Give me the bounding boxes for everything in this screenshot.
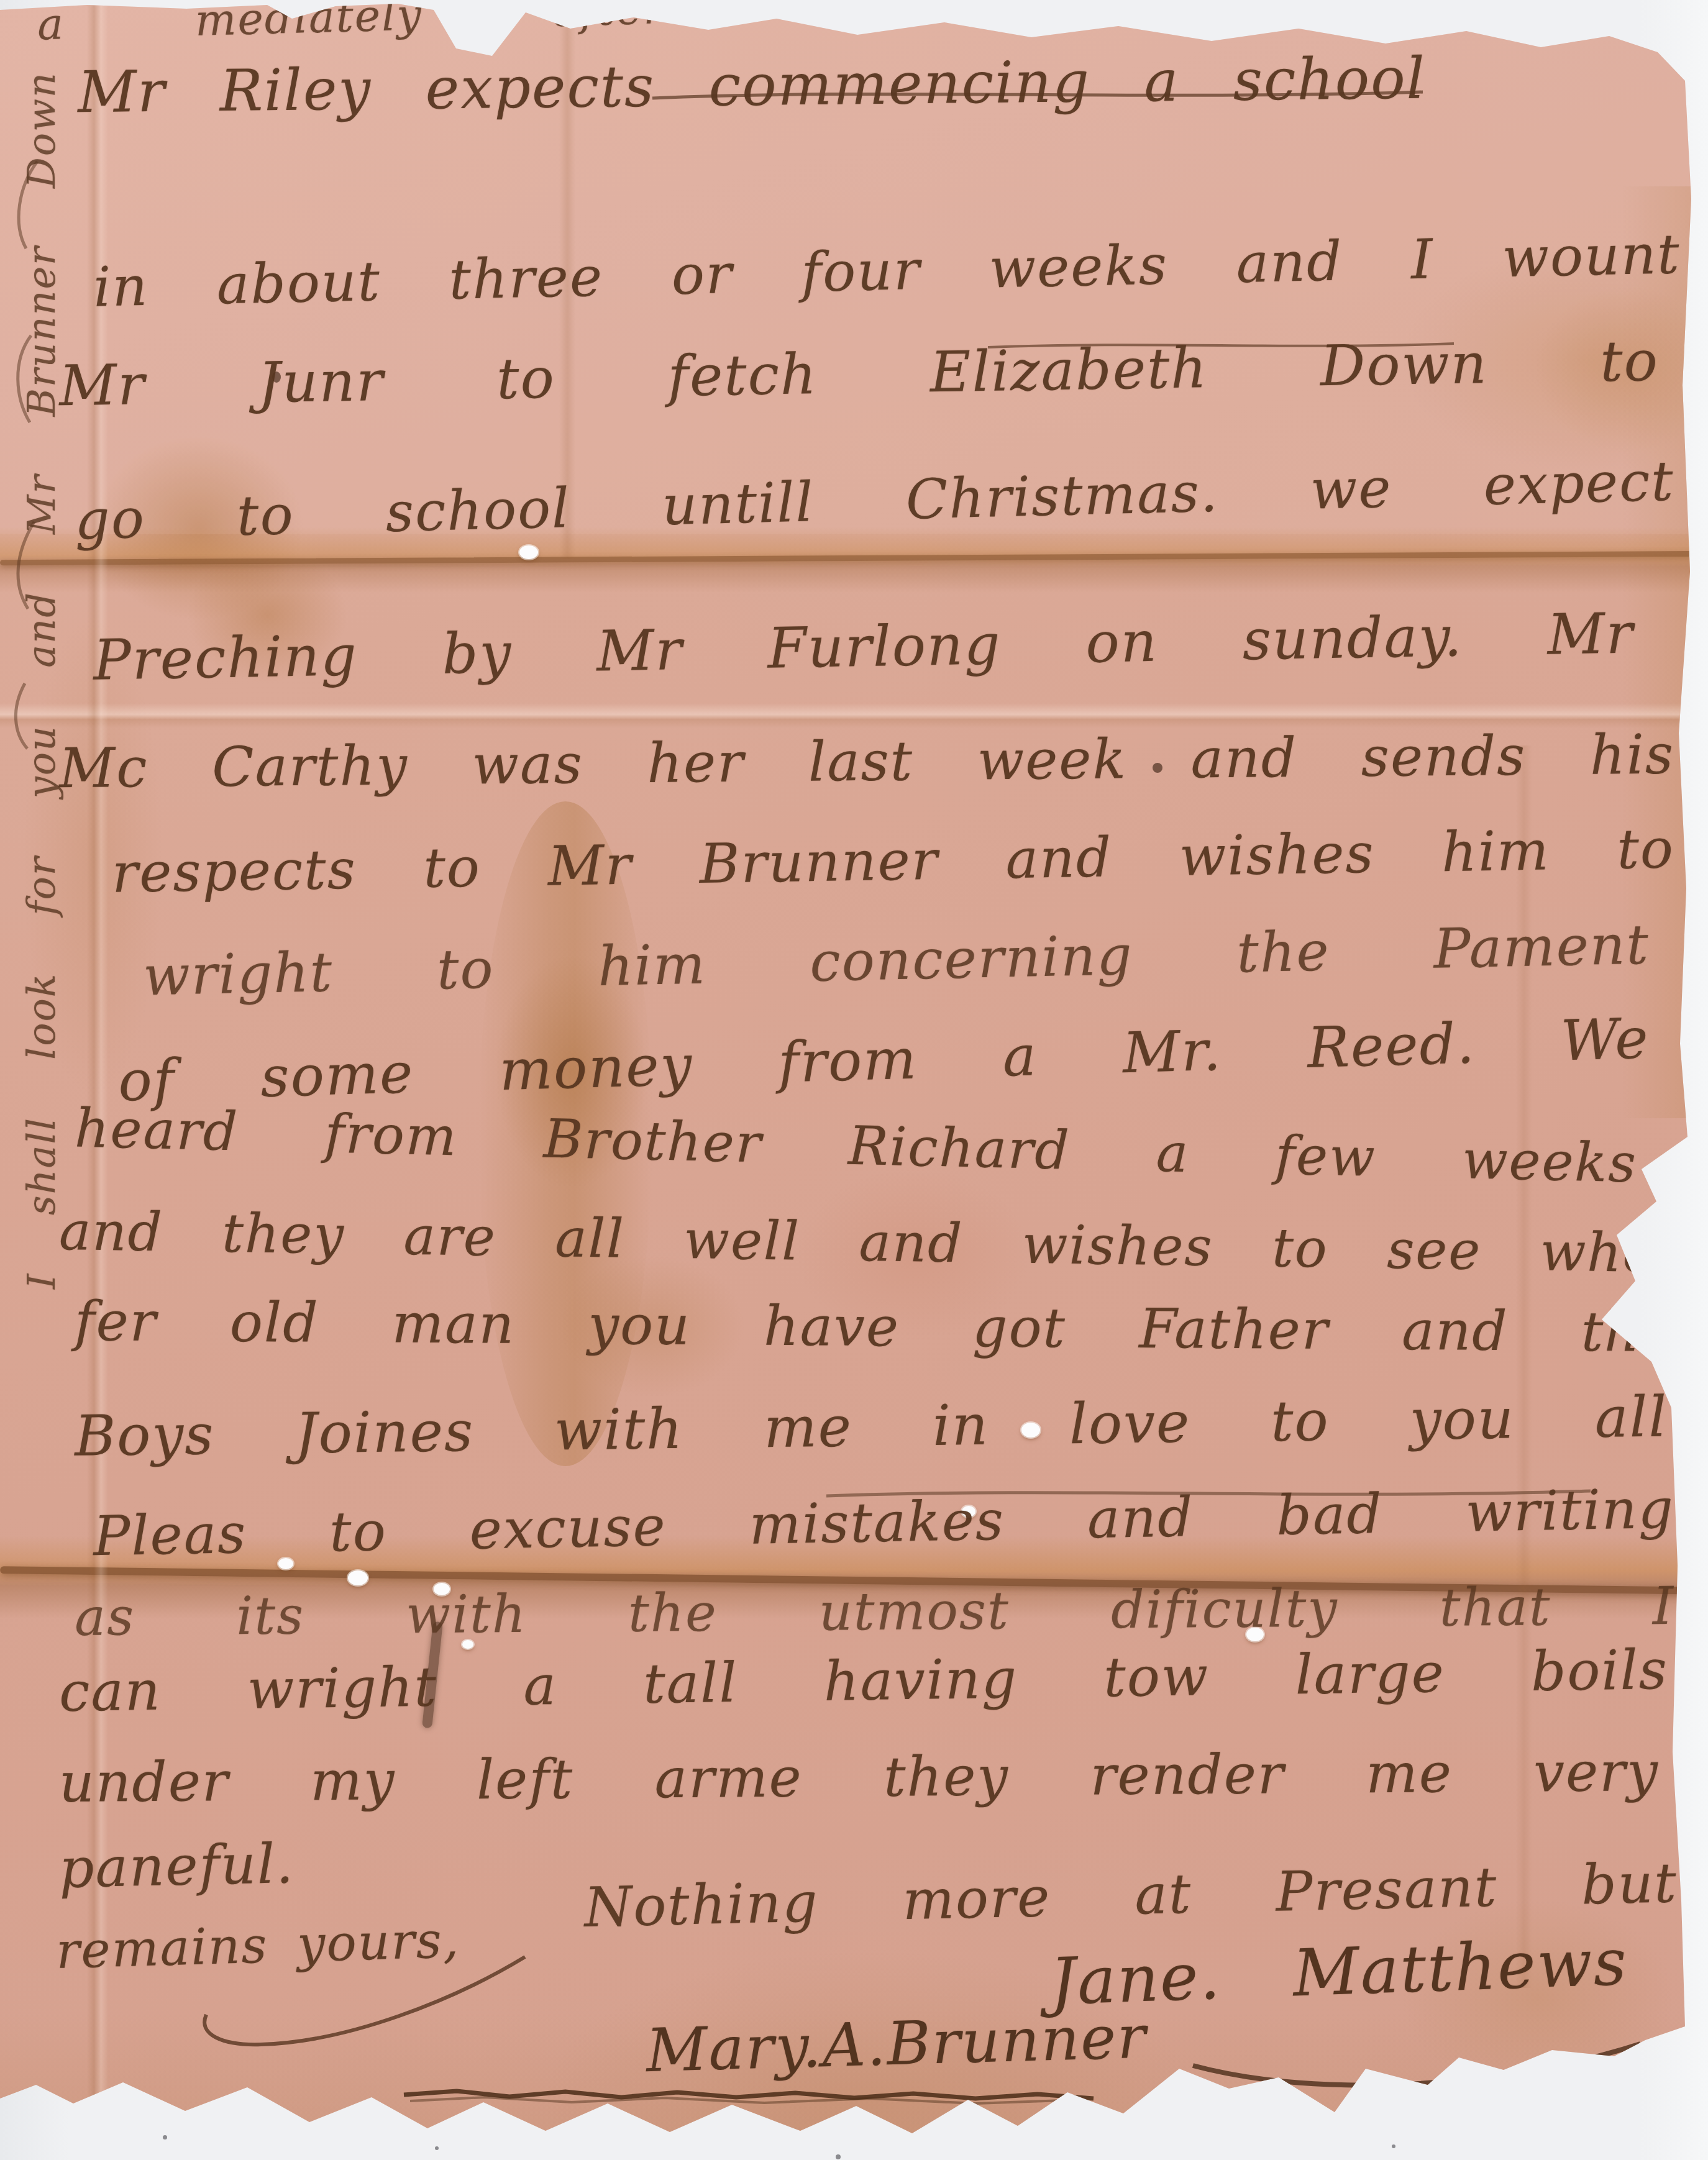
- letter-line-18: paneful.: [58, 1835, 295, 1897]
- scan-dust-speck: [435, 2146, 439, 2150]
- signature-flourish-icon: [1184, 2022, 1656, 2103]
- top-margin-note: amediatelyafterharvest: [37, 0, 969, 48]
- letter-line-15: asitswiththeutmostdificultythatI: [75, 1579, 1675, 1644]
- letter-line-4: gotoschooluntillChristmas.weexpect: [74, 453, 1674, 549]
- letter-line-2: inaboutthreeorfourweeksandIwount: [93, 226, 1681, 316]
- signature-mary-brunner: Mary.A.Brunner: [646, 2006, 1144, 2082]
- letter-line-17: undermyleftarmetheyrendermevery: [59, 1743, 1660, 1811]
- paper-hole: [519, 545, 538, 559]
- letter-line-13: BoysJoineswithmeinlovetoyouall.: [75, 1388, 1687, 1466]
- closing-phrase: NothingmoreatPresantbut: [583, 1854, 1678, 1936]
- letter-line-9: ofsomemoneyfromaMr.Reed.We: [117, 1010, 1650, 1111]
- letter-line-11: andtheyareallwellandwishestoseewhe: [58, 1203, 1656, 1282]
- letter-line-5: PrechingbyMrFurlongonsunday.Mr: [93, 604, 1634, 690]
- scan-dust-speck: [1392, 2144, 1395, 2148]
- letter-line-16: canwrightatallhavingtowlargeboils: [58, 1641, 1668, 1721]
- letter-line-8: wrighttohimconcerningthePament: [142, 916, 1650, 1005]
- letter-line-10: heardfromBrotherRichardafewweeks: [74, 1100, 1637, 1192]
- scan-dust-speck: [836, 2154, 841, 2159]
- letter-line-12: feroldmanyouhavegotFatherandthe: [75, 1293, 1675, 1361]
- letter-line-6: McCarthywasherlastweekandsendshis: [59, 726, 1675, 798]
- letter-line-7: respectstoMrBrunnerandwisheshimto: [111, 820, 1674, 902]
- closing-remains: remainsyours,: [55, 1914, 460, 1977]
- scan-dust-speck: [163, 2135, 167, 2139]
- letter-line-14: Pleastoexcusemistakesandbadwriting: [93, 1480, 1674, 1565]
- paper-hole: [348, 1570, 368, 1585]
- letter-line-1: MrRileyexpectscommencingaschool: [78, 49, 1427, 123]
- fold-crease-upper-line: [0, 551, 1708, 565]
- scanner-background: amediatelyafterharvest Ishalllookforyoua…: [0, 0, 1708, 2160]
- letter-line-3: MrJunrtofetchElizabethDownto: [58, 332, 1659, 416]
- letter-page: amediatelyafterharvest Ishalllookforyoua…: [0, 0, 1708, 2160]
- left-margin-note: IshalllookforyouandMrBrunnerDown: [21, 71, 62, 1289]
